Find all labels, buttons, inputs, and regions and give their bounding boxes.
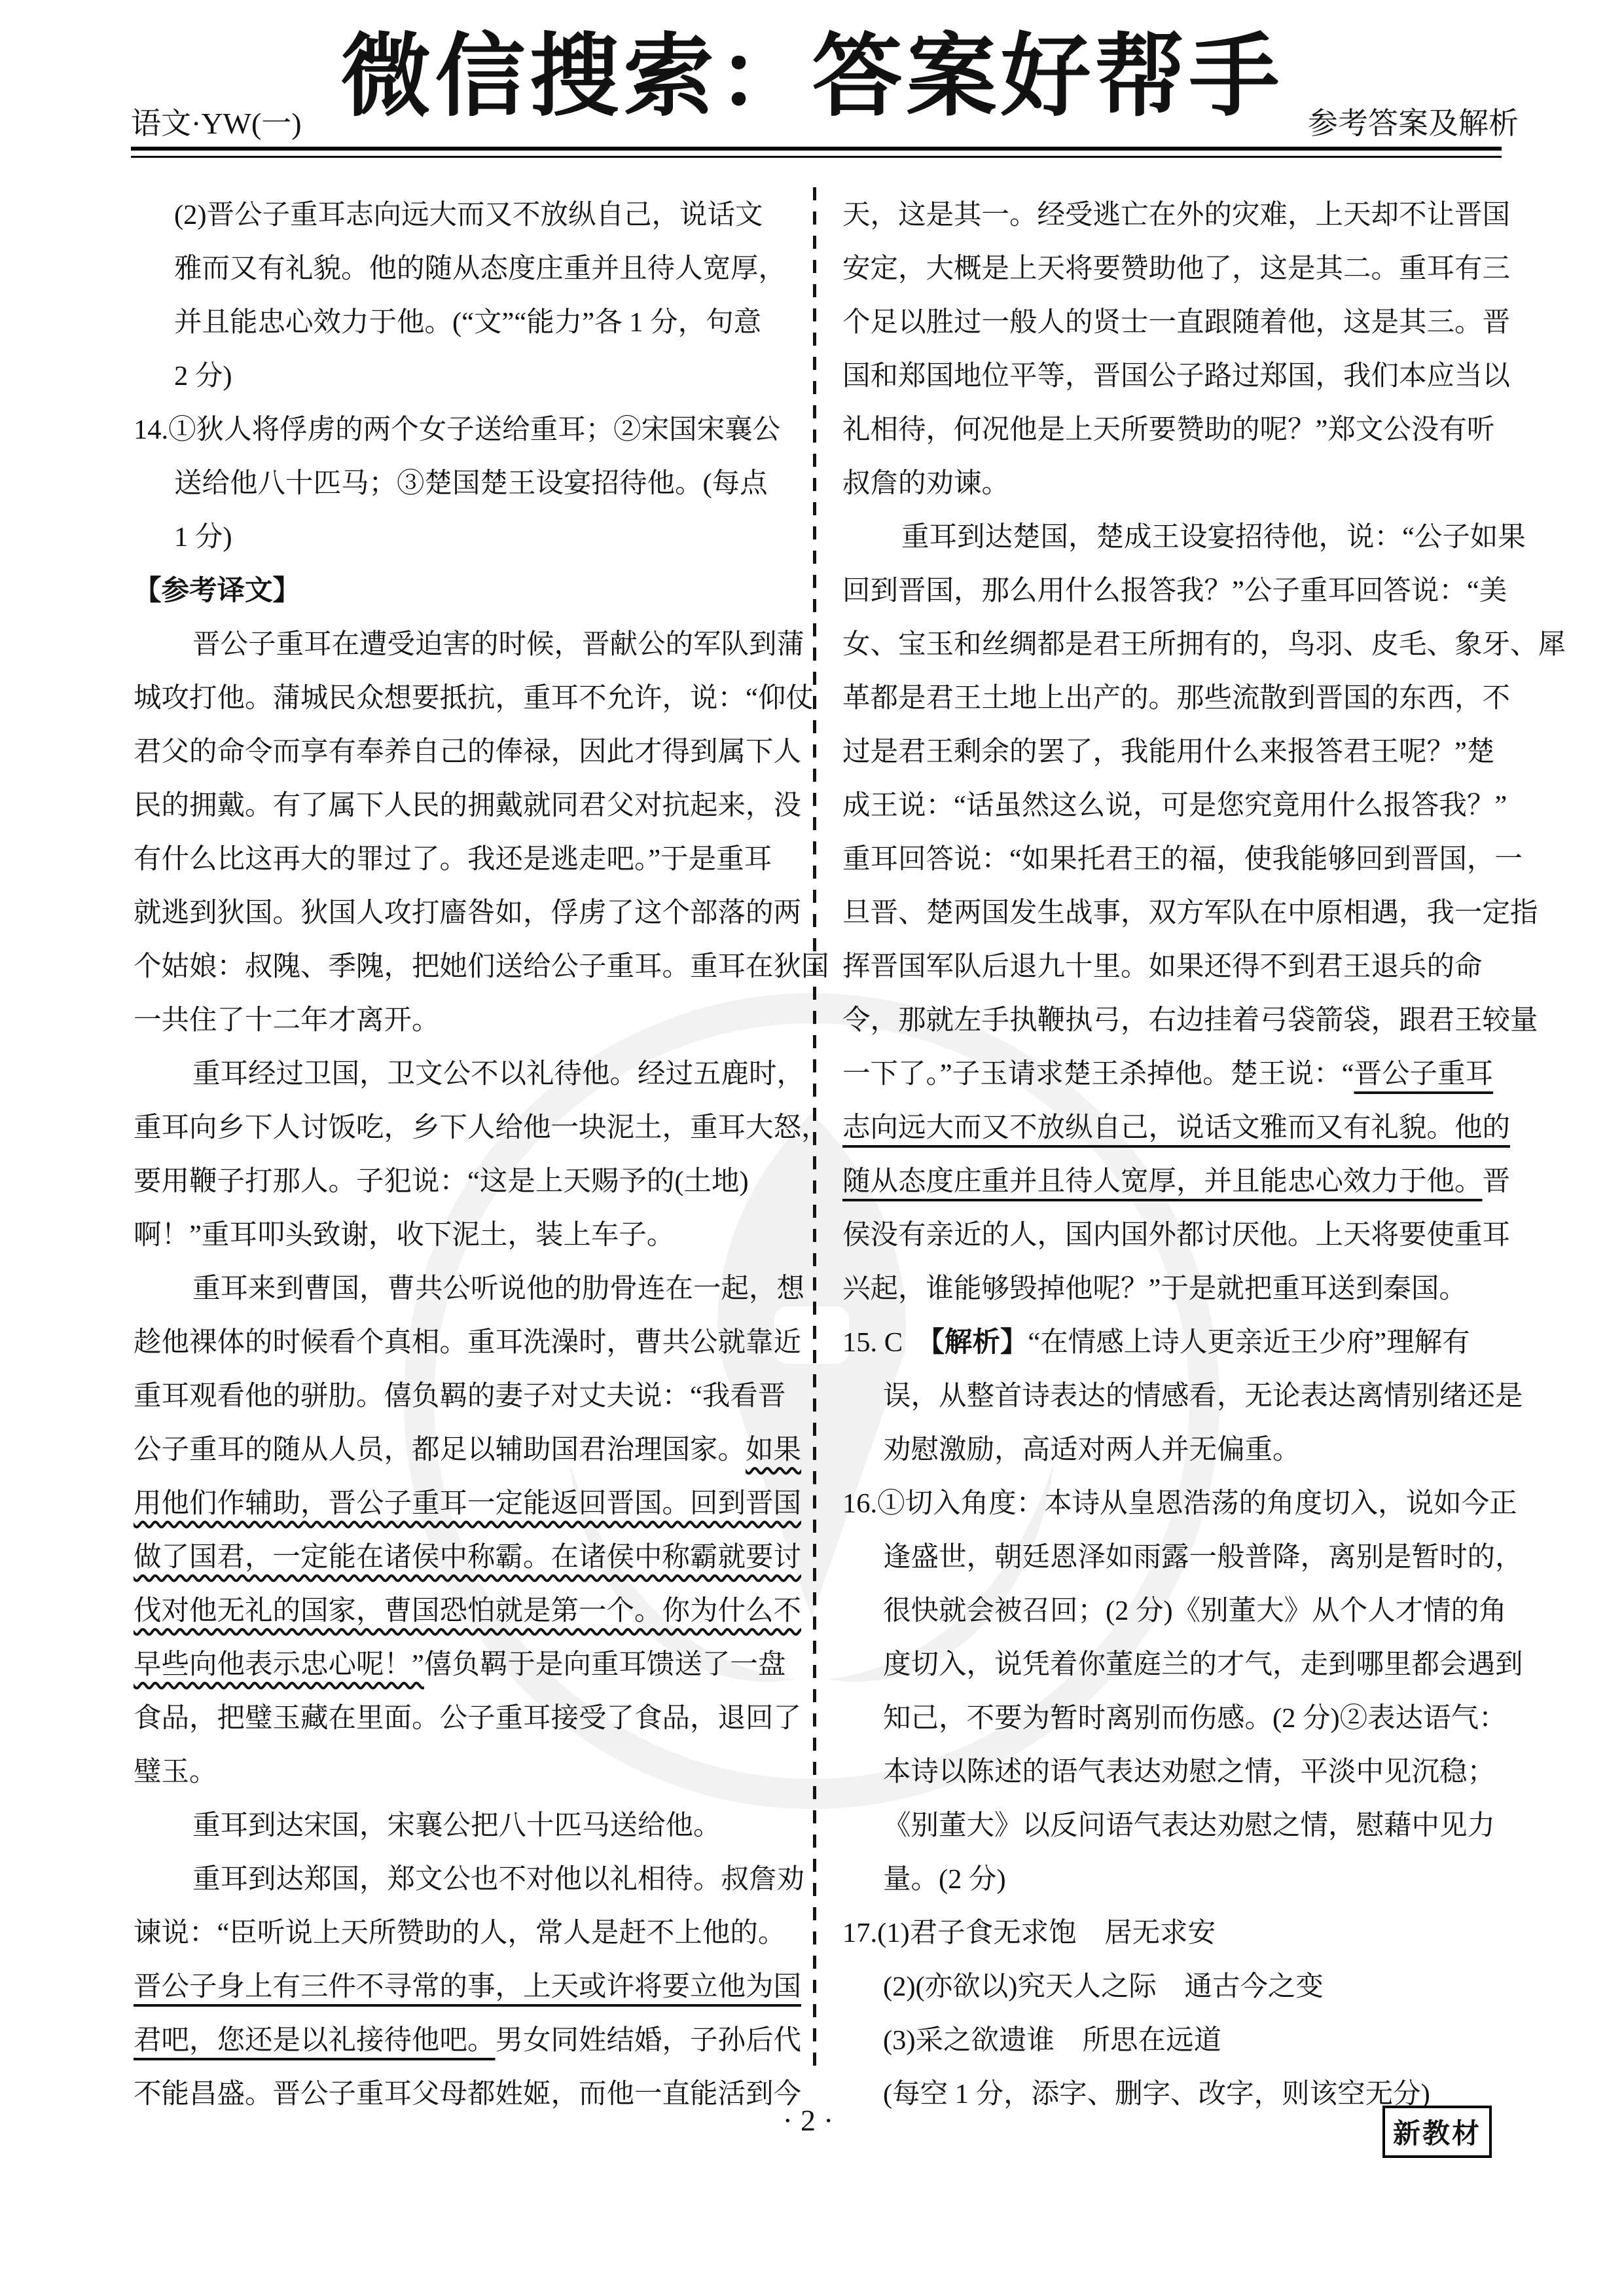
text-segment: 误，从整首诗表达的情感看，无论表达离情别绪还是: [883, 1381, 1523, 1412]
text-line: 君父的命令而享有奉养自己的俸禄，因此才得到属下人: [134, 725, 793, 779]
text-segment: 【解析】: [931, 1327, 1028, 1358]
text-line: 挥晋国军队后退九十里。如果还得不到君王退兵的命: [842, 940, 1505, 994]
text-line: 晋公子重耳在遭受迫害的时候，晋献公的军队到蒲: [134, 618, 793, 672]
text-segment: 璧玉。: [134, 1757, 217, 1787]
text-line: 侯没有亲近的人，国内国外都讨厌他。上天将要使重耳: [842, 1209, 1505, 1262]
text-line: 谏说：“臣听说上天所赞助的人，常人是赶不上他的。: [134, 1907, 793, 1960]
text-segment: 并且能忠心效力于他。(“文”“能力”各 1 分，句意: [174, 307, 761, 338]
text-line: 重耳到达宋国，宋襄公把八十匹马送给他。: [134, 1799, 793, 1853]
text-segment: 谏说：“臣听说上天所赞助的人，常人是赶不上他的。: [134, 1918, 785, 1948]
text-segment: 逢盛世，朝廷恩泽如雨露一般普降，离别是暂时的，: [883, 1542, 1523, 1573]
text-line: 雅而又有礼貌。他的随从态度庄重并且待人宽厚，: [134, 242, 793, 296]
text-line: 重耳向乡下人讨饭吃，乡下人给他一块泥土，重耳大怒，: [134, 1101, 793, 1155]
text-line: 个姑娘：叔隗、季隗，把她们送给公子重耳。重耳在狄国: [134, 940, 793, 994]
text-line: 城攻打他。蒲城民众想要抵抗，重耳不允许，说：“仰仗: [134, 672, 793, 725]
text-line: 重耳观看他的骈肋。僖负羁的妻子对丈夫说：“我看晋: [134, 1370, 793, 1423]
text-line: 逢盛世，朝廷恩泽如雨露一般普降，离别是暂时的，: [842, 1531, 1505, 1584]
text-line: 重耳经过卫国，卫文公不以礼待他。经过五鹿时，: [134, 1048, 793, 1101]
text-segment: 趁他裸体的时候看个真相。重耳洗澡时，曹共公就靠近: [134, 1327, 801, 1358]
text-line: 要用鞭子打那人。子犯说：“这是上天赐予的(土地): [134, 1155, 793, 1209]
text-line: 民的拥戴。有了属下人民的拥戴就同君父对抗起来，没: [134, 779, 793, 833]
underlined-text: 用他们作辅助，晋公子重耳一定能返回晋国。回到晋国: [134, 1488, 801, 1519]
text-segment: 兴起，谁能够毁掉他呢？”于是就把重耳送到秦国。: [842, 1273, 1467, 1304]
text-line: 公子重耳的随从人员，都足以辅助国君治理国家。如果: [134, 1423, 793, 1477]
subject-label: 语文·YW(一): [131, 100, 302, 143]
subheader-row: 语文·YW(一) 参考答案及解析: [131, 100, 1519, 143]
text-segment: 晋: [1483, 1166, 1511, 1197]
text-segment: 就逃到狄国。狄国人攻打廧咎如，俘虏了这个部落的两: [134, 898, 801, 928]
text-segment: 公子重耳的随从人员，都足以辅助国君治理国家。: [134, 1434, 746, 1465]
text-segment: 重耳来到曹国，曹共公听说他的肋骨连在一起，想: [192, 1273, 804, 1304]
text-line: 一共住了十二年才离开。: [134, 994, 793, 1048]
text-segment: 有什么比这再大的罪过了。我还是逃走吧。”于是重耳: [134, 844, 772, 875]
text-line: 璧玉。: [134, 1745, 793, 1799]
underlined-text: 如果: [746, 1434, 801, 1465]
text-segment: 过是君王剩余的罢了，我能用什么来报答君王呢？”楚: [842, 737, 1494, 767]
text-line: 志向远大而又不放纵自己，说话文雅而又有礼貌。他的: [842, 1101, 1505, 1155]
text-line: 趁他裸体的时候看个真相。重耳洗澡时，曹共公就靠近: [134, 1316, 793, 1370]
text-line: 重耳来到曹国，曹共公听说他的肋骨连在一起，想: [134, 1262, 793, 1316]
text-line: 个足以胜过一般人的贤士一直跟随着他，这是其三。晋: [842, 296, 1505, 350]
underlined-text: 志向远大而又不放纵自己，说话文雅而又有礼貌。他的: [842, 1112, 1510, 1143]
text-segment: 革都是君王土地上出产的。那些流散到晋国的东西，不: [842, 683, 1510, 714]
text-line: 并且能忠心效力于他。(“文”“能力”各 1 分，句意: [134, 296, 793, 350]
text-line: 早些向他表示忠心呢！”僖负羁于是向重耳馈送了一盘: [134, 1638, 793, 1692]
text-segment: 安定，大概是上天将要赞助他了，这是其二。重耳有三: [842, 253, 1510, 284]
text-segment: 个姑娘：叔隗、季隗，把她们送给公子重耳。重耳在狄国: [134, 951, 829, 982]
text-segment: 挥晋国军队后退九十里。如果还得不到君王退兵的命: [842, 951, 1483, 982]
text-segment: 个足以胜过一般人的贤士一直跟随着他，这是其三。晋: [842, 307, 1510, 338]
text-line: (3)采之欲遗谁 所思在远道: [842, 2014, 1505, 2068]
text-segment: 女、宝玉和丝绸都是君王所拥有的，鸟羽、皮毛、象牙、犀: [842, 629, 1566, 660]
text-segment: 重耳观看他的骈肋。僖负羁的妻子对丈夫说：“我看晋: [134, 1381, 785, 1412]
text-segment: 君父的命令而享有奉养自己的俸禄，因此才得到属下人: [134, 737, 801, 767]
text-line: 17.(1)君子食无求饱 居无求安: [842, 1907, 1505, 1960]
text-line: 知己，不要为暂时离别而伤感。(2 分)②表达语气：: [842, 1692, 1505, 1745]
text-line: 劝慰激励，高适对两人并无偏重。: [842, 1423, 1505, 1477]
left-column: (2)晋公子重耳志向远大而又不放纵自己，说话文雅而又有礼貌。他的随从态度庄重并且…: [134, 189, 793, 2121]
text-segment: 重耳回答说：“如果托君王的福，使我能够回到晋国，一: [842, 844, 1523, 875]
text-line: 礼相待，何况他是上天所要赞助的呢？”郑文公没有听: [842, 403, 1505, 457]
text-segment: 重耳向乡下人讨饭吃，乡下人给他一块泥土，重耳大怒，: [134, 1112, 829, 1143]
text-segment: 重耳到达宋国，宋襄公把八十匹马送给他。: [192, 1810, 721, 1841]
text-segment: 僖负羁于是向重耳馈送了一盘: [424, 1649, 786, 1680]
text-line: 误，从整首诗表达的情感看，无论表达离情别绪还是: [842, 1370, 1505, 1423]
text-line: 革都是君王土地上出产的。那些流散到晋国的东西，不: [842, 672, 1505, 725]
text-segment: 16.①切入角度：本诗从皇恩浩荡的角度切入，说如今正: [842, 1488, 1517, 1519]
text-line: 《别董大》以反问语气表达劝慰之情，慰藉中见力: [842, 1799, 1505, 1853]
underlined-text: 伐对他无礼的国家，曹国恐怕就是第一个。你为什么不: [134, 1596, 801, 1626]
text-segment: (2)晋公子重耳志向远大而又不放纵自己，说话文: [174, 200, 763, 230]
text-line: 重耳到达郑国，郑文公也不对他以礼相待。叔詹劝: [134, 1853, 793, 1907]
text-line: 叔詹的劝谏。: [842, 457, 1505, 511]
text-segment: 很快就会被召回；(2 分)《别董大》从个人才情的角: [883, 1596, 1507, 1626]
text-segment: 男女同姓结婚，子孙后代: [496, 2025, 802, 2056]
text-segment: 民的拥戴。有了属下人民的拥戴就同君父对抗起来，没: [134, 790, 801, 821]
text-line: 14.①狄人将俘虏的两个女子送给重耳；②宋国宋襄公: [134, 403, 793, 457]
text-segment: 量。(2 分): [883, 1864, 1006, 1895]
text-line: 2 分): [134, 350, 793, 403]
text-line: 啊！”重耳叩头致谢，收下泥土，装上车子。: [134, 1209, 793, 1262]
text-segment: 啊！”重耳叩头致谢，收下泥土，装上车子。: [134, 1220, 674, 1251]
text-line: 16.①切入角度：本诗从皇恩浩荡的角度切入，说如今正: [842, 1477, 1505, 1531]
text-line: 国和郑国地位平等，晋国公子路过郑国，我们本应当以: [842, 350, 1505, 403]
text-segment: 雅而又有礼貌。他的随从态度庄重并且待人宽厚，: [174, 253, 786, 284]
underlined-text: 早些向他表示忠心呢！”: [134, 1649, 424, 1680]
edition-badge: 新教材: [1382, 2106, 1492, 2158]
text-line: 重耳到达楚国，楚成王设宴招待他，说：“公子如果: [842, 511, 1505, 564]
text-line: 一下了。”子玉请求楚王杀掉他。楚王说：“晋公子重耳: [842, 1048, 1505, 1101]
text-line: 君吧，您还是以礼接待他吧。男女同姓结婚，子孙后代: [134, 2014, 793, 2068]
text-segment: 天，这是其一。经受逃亡在外的灾难，上天却不让晋国: [842, 200, 1510, 230]
underlined-text: 君吧，您还是以礼接待他吧。: [134, 2025, 496, 2056]
right-column: 天，这是其一。经受逃亡在外的灾难，上天却不让晋国安定，大概是上天将要赞助他了，这…: [842, 189, 1505, 2121]
page-number: ·2·: [0, 2103, 1624, 2138]
text-line: 令，那就左手执鞭执弓，右边挂着弓袋箭袋，跟君王较量: [842, 994, 1505, 1048]
text-line: 送给他八十匹马；③楚国楚王设宴招待他。(每点: [134, 457, 793, 511]
underlined-text: 随从态度庄重并且待人宽厚，并且能忠心效力于他。: [842, 1166, 1483, 1197]
text-segment: 国和郑国地位平等，晋国公子路过郑国，我们本应当以: [842, 361, 1510, 392]
text-segment: 重耳经过卫国，卫文公不以礼待他。经过五鹿时，: [192, 1059, 804, 1089]
text-line: 做了国君，一定能在诸侯中称霸。在诸侯中称霸就要讨: [134, 1531, 793, 1584]
text-line: 度切入，说凭着你董庭兰的才气，走到哪里都会遇到: [842, 1638, 1505, 1692]
text-line: 用他们作辅助，晋公子重耳一定能返回晋国。回到晋国: [134, 1477, 793, 1531]
text-line: 15. C 【解析】“在情感上诗人更亲近王少府”理解有: [842, 1316, 1505, 1370]
text-segment: 送给他八十匹马；③楚国楚王设宴招待他。(每点: [174, 468, 768, 499]
text-line: 成王说：“话虽然这么说，可是您究竟用什么报答我？”: [842, 779, 1505, 833]
text-segment: 度切入，说凭着你董庭兰的才气，走到哪里都会遇到: [883, 1649, 1523, 1680]
text-segment: 重耳到达楚国，楚成王设宴招待他，说：“公子如果: [901, 522, 1526, 553]
answer-key-label: 参考答案及解析: [1308, 100, 1519, 143]
text-segment: 14.①狄人将俘虏的两个女子送给重耳；②宋国宋襄公: [134, 414, 780, 445]
text-segment: 令，那就左手执鞭执弓，右边挂着弓袋箭袋，跟君王较量: [842, 1005, 1538, 1036]
text-line: 有什么比这再大的罪过了。我还是逃走吧。”于是重耳: [134, 833, 793, 886]
text-segment: “在情感上诗人更亲近王少府”理解有: [1028, 1327, 1470, 1358]
text-line: 晋公子身上有三件不寻常的事，上天或许将要立他为国: [134, 1960, 793, 2014]
text-segment: 成王说：“话虽然这么说，可是您究竟用什么报答我？”: [842, 790, 1507, 821]
text-segment: 知己，不要为暂时离别而伤感。(2 分)②表达语气：: [883, 1703, 1507, 1734]
text-line: 量。(2 分): [842, 1853, 1505, 1907]
text-segment: (3)采之欲遗谁 所思在远道: [883, 2025, 1221, 2056]
text-segment: 2 分): [174, 361, 232, 392]
text-segment: 重耳到达郑国，郑文公也不对他以礼相待。叔詹劝: [192, 1864, 804, 1895]
text-segment: 17.(1)君子食无求饱 居无求安: [842, 1918, 1216, 1948]
text-line: 兴起，谁能够毁掉他呢？”于是就把重耳送到秦国。: [842, 1262, 1505, 1316]
text-segment: 侯没有亲近的人，国内国外都讨厌他。上天将要使重耳: [842, 1220, 1510, 1251]
text-segment: 要用鞭子打那人。子犯说：“这是上天赐予的(土地): [134, 1166, 749, 1197]
text-line: 食品，把璧玉藏在里面。公子重耳接受了食品，退回了: [134, 1692, 793, 1745]
text-segment: 15. C: [842, 1327, 931, 1358]
text-line: 安定，大概是上天将要赞助他了，这是其二。重耳有三: [842, 242, 1505, 296]
underlined-text: 做了国君，一定能在诸侯中称霸。在诸侯中称霸就要讨: [134, 1542, 801, 1573]
text-segment: 《别董大》以反问语气表达劝慰之情，慰藉中见力: [883, 1810, 1495, 1841]
answer-sheet-page: 微信搜索：答案好帮手 语文·YW(一) 参考答案及解析 (2)晋公子重耳志向远大…: [0, 0, 1624, 2283]
text-segment: 晋公子重耳在遭受迫害的时候，晋献公的军队到蒲: [192, 629, 804, 660]
text-line: 女、宝玉和丝绸都是君王所拥有的，鸟羽、皮毛、象牙、犀: [842, 618, 1505, 672]
header-double-rule: [131, 147, 1502, 158]
text-line: 本诗以陈述的语气表达劝慰之情，平淡中见沉稳；: [842, 1745, 1505, 1799]
text-segment: 一下了。”子玉请求楚王杀掉他。楚王说：“: [842, 1059, 1354, 1089]
text-line: 随从态度庄重并且待人宽厚，并且能忠心效力于他。晋: [842, 1155, 1505, 1209]
text-segment: 【参考译文】: [134, 575, 300, 606]
text-line: 1 分): [134, 511, 793, 564]
text-line: (2)晋公子重耳志向远大而又不放纵自己，说话文: [134, 189, 793, 242]
text-line: 【参考译文】: [134, 564, 793, 618]
text-line: 重耳回答说：“如果托君王的福，使我能够回到晋国，一: [842, 833, 1505, 886]
text-line: 旦晋、楚两国发生战事，双方军队在中原相遇，我一定指: [842, 886, 1505, 940]
text-line: 回到晋国，那么用什么报答我？”公子重耳回答说：“美: [842, 564, 1505, 618]
text-segment: 劝慰激励，高适对两人并无偏重。: [883, 1434, 1301, 1465]
column-divider-dashed-line: [813, 187, 816, 2077]
text-segment: 礼相待，何况他是上天所要赞助的呢？”郑文公没有听: [842, 414, 1494, 445]
text-segment: 叔詹的劝谏。: [842, 468, 1009, 499]
text-line: 就逃到狄国。狄国人攻打廧咎如，俘虏了这个部落的两: [134, 886, 793, 940]
underlined-text: 晋公子重耳: [1354, 1059, 1493, 1089]
text-line: (2)(亦欲以)究天人之际 通古今之变: [842, 1960, 1505, 2014]
text-segment: 城攻打他。蒲城民众想要抵抗，重耳不允许，说：“仰仗: [134, 683, 814, 714]
text-segment: 1 分): [174, 522, 232, 553]
text-segment: 旦晋、楚两国发生战事，双方军队在中原相遇，我一定指: [842, 898, 1538, 928]
text-segment: 本诗以陈述的语气表达劝慰之情，平淡中见沉稳；: [883, 1757, 1495, 1787]
underlined-text: 晋公子身上有三件不寻常的事，上天或许将要立他为国: [134, 1971, 801, 2002]
text-line: 伐对他无礼的国家，曹国恐怕就是第一个。你为什么不: [134, 1584, 793, 1638]
text-line: 过是君王剩余的罢了，我能用什么来报答君王呢？”楚: [842, 725, 1505, 779]
text-line: 很快就会被召回；(2 分)《别董大》从个人才情的角: [842, 1584, 1505, 1638]
text-segment: (2)(亦欲以)究天人之际 通古今之变: [883, 1971, 1324, 2002]
text-segment: 食品，把璧玉藏在里面。公子重耳接受了食品，退回了: [134, 1703, 801, 1734]
text-segment: 一共住了十二年才离开。: [134, 1005, 440, 1036]
text-segment: 回到晋国，那么用什么报答我？”公子重耳回答说：“美: [842, 575, 1507, 606]
text-line: 天，这是其一。经受逃亡在外的灾难，上天却不让晋国: [842, 189, 1505, 242]
